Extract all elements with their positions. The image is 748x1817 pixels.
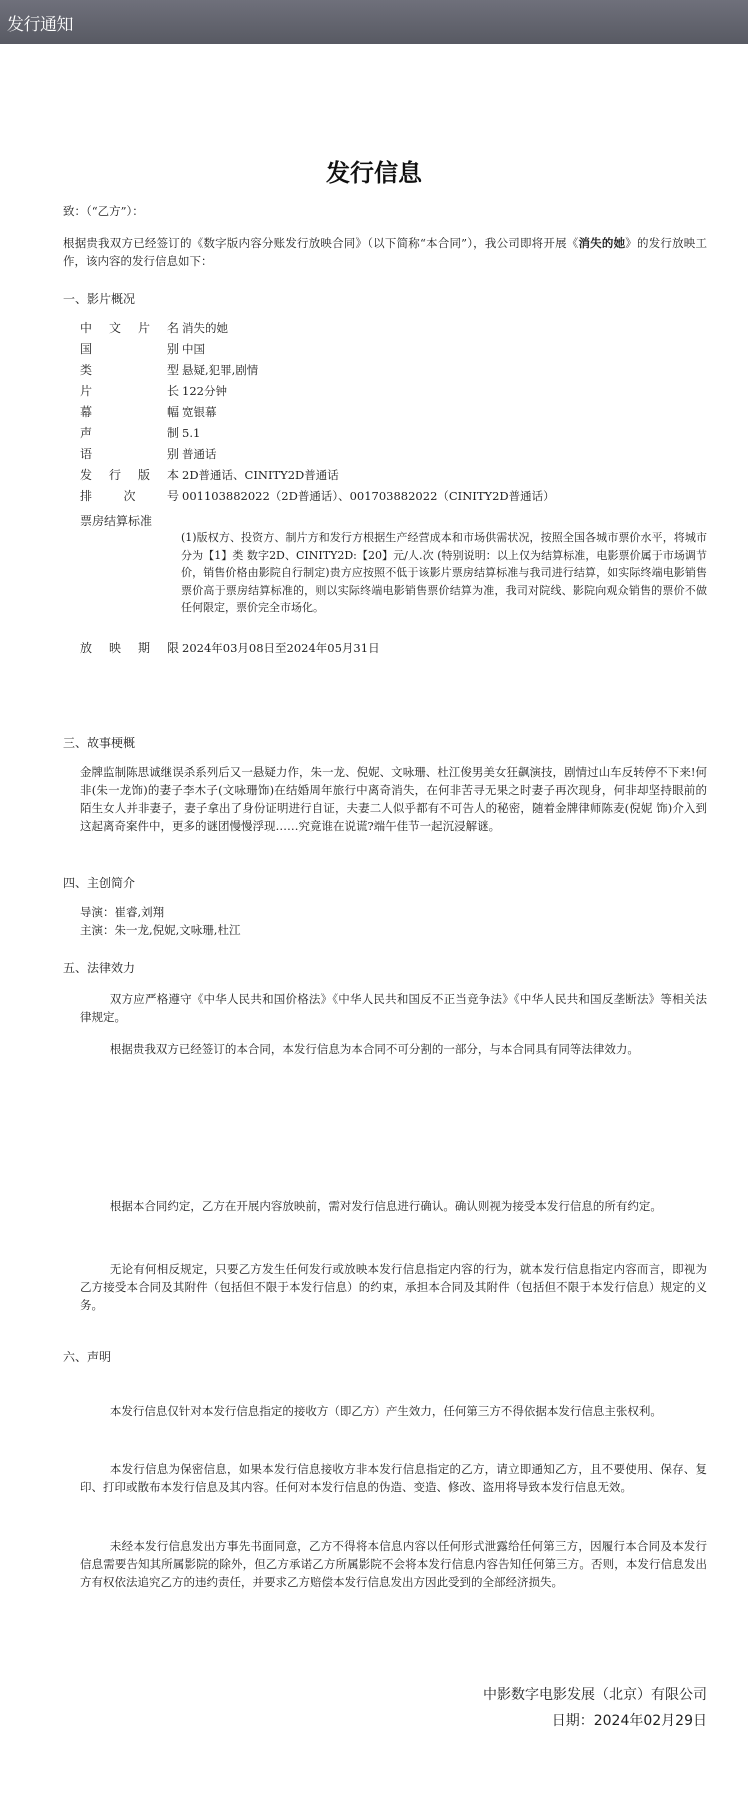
salutation: 致：（“乙方”）： — [63, 202, 144, 220]
synopsis-text: 金牌监制陈思诚继误杀系列后又一悬疑力作，朱一龙、倪妮、文咏珊、杜江俊男美女狂飙演… — [80, 763, 707, 835]
info-value: 中国 — [182, 339, 205, 360]
info-value: 122分钟 — [182, 381, 227, 402]
statement-paragraph-1: 本发行信息仅针对本发行信息指定的接收方（即乙方）产生效力，任何第三方不得依据本发… — [80, 1402, 707, 1420]
info-row: 排次号001103882022（2D普通话）、001703882022（CINI… — [80, 486, 555, 507]
info-label: 声制 — [80, 423, 179, 444]
section-heading-overview: 一、影片概况 — [63, 290, 135, 307]
info-label: 类型 — [80, 360, 179, 381]
info-value: 宽银幕 — [182, 402, 217, 423]
info-label: 片长 — [80, 381, 179, 402]
statement-paragraph-3: 未经本发行信息发出方事先书面同意，乙方不得将本信息内容以任何形式泄露给任何第三方… — [80, 1537, 707, 1591]
info-label: 排次号 — [80, 486, 179, 507]
settlement-text: (1)版权方、投资方、制片方和发行方根据生产经营成本和市场供需状况，按照全国各城… — [181, 529, 707, 617]
info-row: 发行版本2D普通话、CINITY2D普通话 — [80, 465, 339, 486]
info-row: 声制5.1 — [80, 423, 200, 444]
legal-paragraph-1: 双方应严格遵守《中华人民共和国价格法》《中华人民共和国反不正当竞争法》《中华人民… — [80, 990, 707, 1026]
info-row-period: 放映期限 2024年03月08日至2024年05月31日 — [80, 638, 380, 659]
info-value: 普通话 — [182, 444, 217, 465]
info-row: 国别中国 — [80, 339, 205, 360]
info-value: 消失的她 — [182, 318, 228, 339]
document-title: 发行信息 — [0, 153, 748, 188]
info-row: 中文片名消失的她 — [80, 318, 228, 339]
legal-paragraph-2: 根据贵我双方已经签订的本合同，本发行信息为本合同不可分割的一部分，与本合同具有同… — [80, 1040, 707, 1058]
settlement-label: 票房结算标准 — [80, 512, 152, 529]
signature-company: 中影数字电影发展（北京）有限公司 — [483, 1684, 707, 1704]
intro-text-a: 根据贵我双方已经签订的《数字版内容分账发行放映合同》（以下简称“本合同”），我公… — [63, 236, 578, 250]
info-value: 5.1 — [182, 423, 200, 444]
info-row: 片长122分钟 — [80, 381, 227, 402]
info-value: 2024年03月08日至2024年05月31日 — [182, 638, 380, 659]
intro-film-title: 消失的她 — [578, 236, 625, 250]
info-label: 幕幅 — [80, 402, 179, 423]
section-heading-statement: 六、声明 — [63, 1348, 111, 1365]
info-row: 语别普通话 — [80, 444, 217, 465]
info-value: 001103882022（2D普通话）、001703882022（CINITY2… — [182, 486, 555, 507]
page-title: 发行通知 — [7, 10, 73, 35]
legal-paragraph-4: 无论有何相反规定，只要乙方发生任何发行或放映本发行信息指定内容的行为，就本发行信… — [80, 1260, 707, 1314]
info-label: 国别 — [80, 339, 179, 360]
info-row: 幕幅宽银幕 — [80, 402, 217, 423]
title-bar: 发行通知 — [0, 0, 748, 44]
statement-paragraph-2: 本发行信息为保密信息，如果本发行信息接收方非本发行信息指定的乙方，请立即通知乙方… — [80, 1460, 707, 1496]
info-label: 发行版本 — [80, 465, 179, 486]
section-heading-synopsis: 三、故事梗概 — [63, 734, 135, 751]
section-heading-creators: 四、主创简介 — [63, 874, 135, 891]
signature-date: 日期：2024年02月29日 — [552, 1710, 707, 1730]
intro-paragraph: 根据贵我双方已经签订的《数字版内容分账发行放映合同》（以下简称“本合同”），我公… — [63, 234, 707, 270]
section-heading-legal: 五、法律效力 — [63, 959, 135, 976]
info-row: 类型悬疑,犯罪,剧情 — [80, 360, 258, 381]
cast-line: 主演：朱一龙,倪妮,文咏珊,杜江 — [80, 921, 240, 939]
director-line: 导演：崔睿,刘翔 — [80, 903, 164, 921]
legal-paragraph-3: 根据本合同约定，乙方在开展内容放映前，需对发行信息进行确认。确认则视为接受本发行… — [80, 1197, 707, 1215]
info-label: 语别 — [80, 444, 179, 465]
info-label: 中文片名 — [80, 318, 179, 339]
info-value: 2D普通话、CINITY2D普通话 — [182, 465, 339, 486]
info-label: 放映期限 — [80, 638, 179, 659]
info-value: 悬疑,犯罪,剧情 — [182, 360, 258, 381]
